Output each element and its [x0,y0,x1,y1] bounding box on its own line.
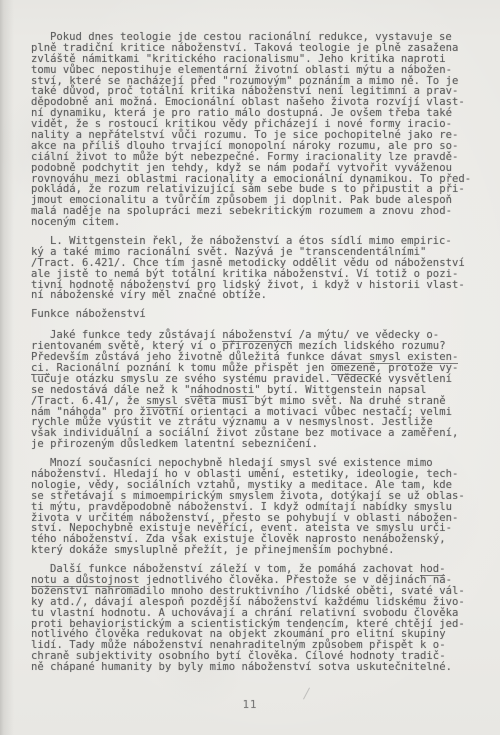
text-segment: ně chápané humanity by byly mimo nábožen… [31,661,452,673]
scan-edge-shadow [0,0,14,735]
document-body: Pokud dnes teologie jde cestou racionáln… [31,32,487,681]
text-segment: ní náboženské víry měl značné obtíže. [31,289,267,301]
text-line: který dokáže smysluplně přežít, je přine… [31,545,487,556]
paragraph: Další funkce náboženství záleží v tom, ž… [31,564,487,673]
text-line: noceným citem. [31,217,487,228]
text-segment: je přirozeným důsledkem latentní sebezni… [31,438,318,450]
text-segment: noceným citem. [31,216,120,228]
paragraph: Mnozí současníci nepochybně hledají smys… [31,458,487,556]
text-segment: který dokáže smysluplně přežít, je přine… [31,544,395,556]
text-line: ně chápané humanity by byly mimo nábožen… [31,662,487,673]
text-line: je přirozeným důsledkem latentní sebezni… [31,439,487,450]
paragraph: L. Wittgenstein řekl, že náboženství a é… [31,236,487,301]
paragraph: Pokud dnes teologie jde cestou racionáln… [31,32,487,228]
scanned-page: Pokud dnes teologie jde cestou racionáln… [0,0,500,735]
scan-scratch-artifact [303,688,310,700]
section-heading: Funkce náboženství [31,309,487,320]
paragraph: Jaké funkce tedy zůstávají náboženství /… [31,330,487,450]
page-number: 11 [0,699,500,711]
text-line: ní náboženské víry měl značné obtíže. [31,290,487,301]
